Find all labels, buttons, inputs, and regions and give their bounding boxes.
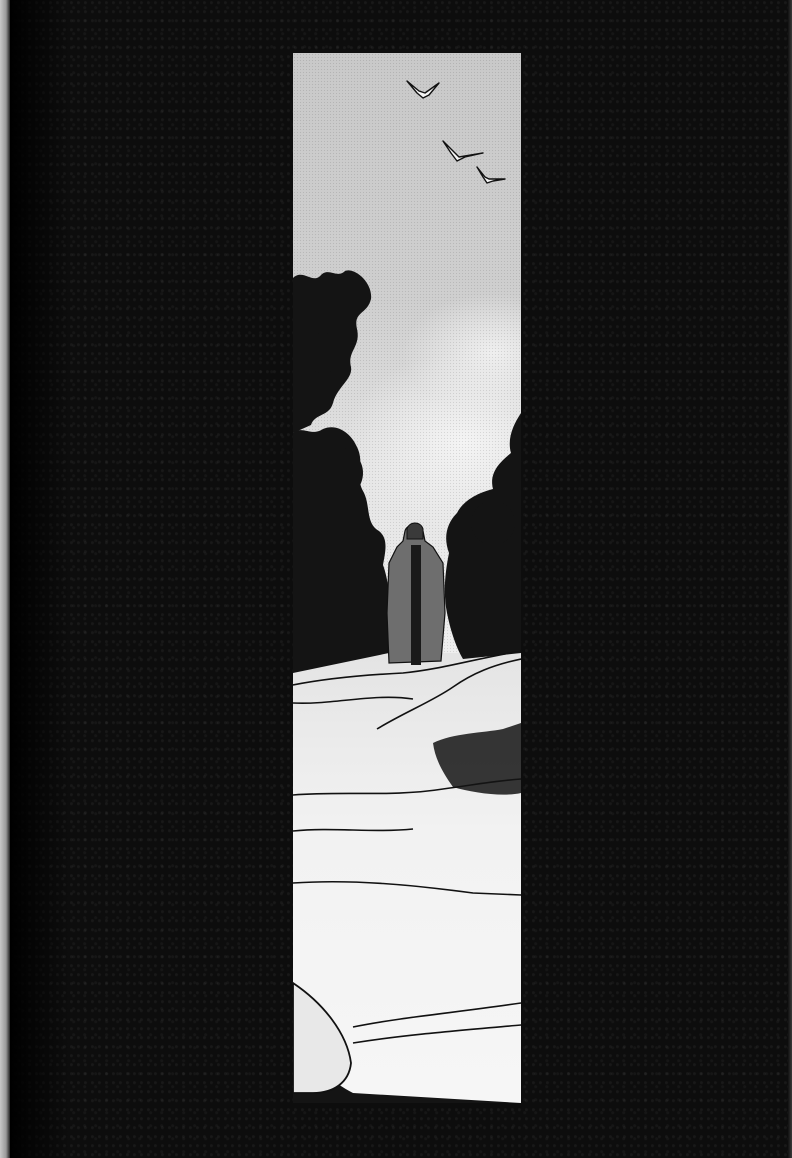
standing-figure [387,523,445,665]
trees-left [293,270,391,673]
panel-artwork [293,53,521,1103]
bird-icon [477,167,505,183]
rocky-path [293,651,521,1043]
trees-right [445,413,521,659]
gutter-shadow [10,0,70,1158]
bird-icon [443,141,483,161]
right-page-edge [788,0,792,1158]
rock-shadows [293,723,521,1103]
manga-page [0,0,792,1158]
page-edge [0,0,10,1158]
comic-panel [293,53,521,1103]
birds [407,81,505,183]
bird-icon [407,81,439,98]
